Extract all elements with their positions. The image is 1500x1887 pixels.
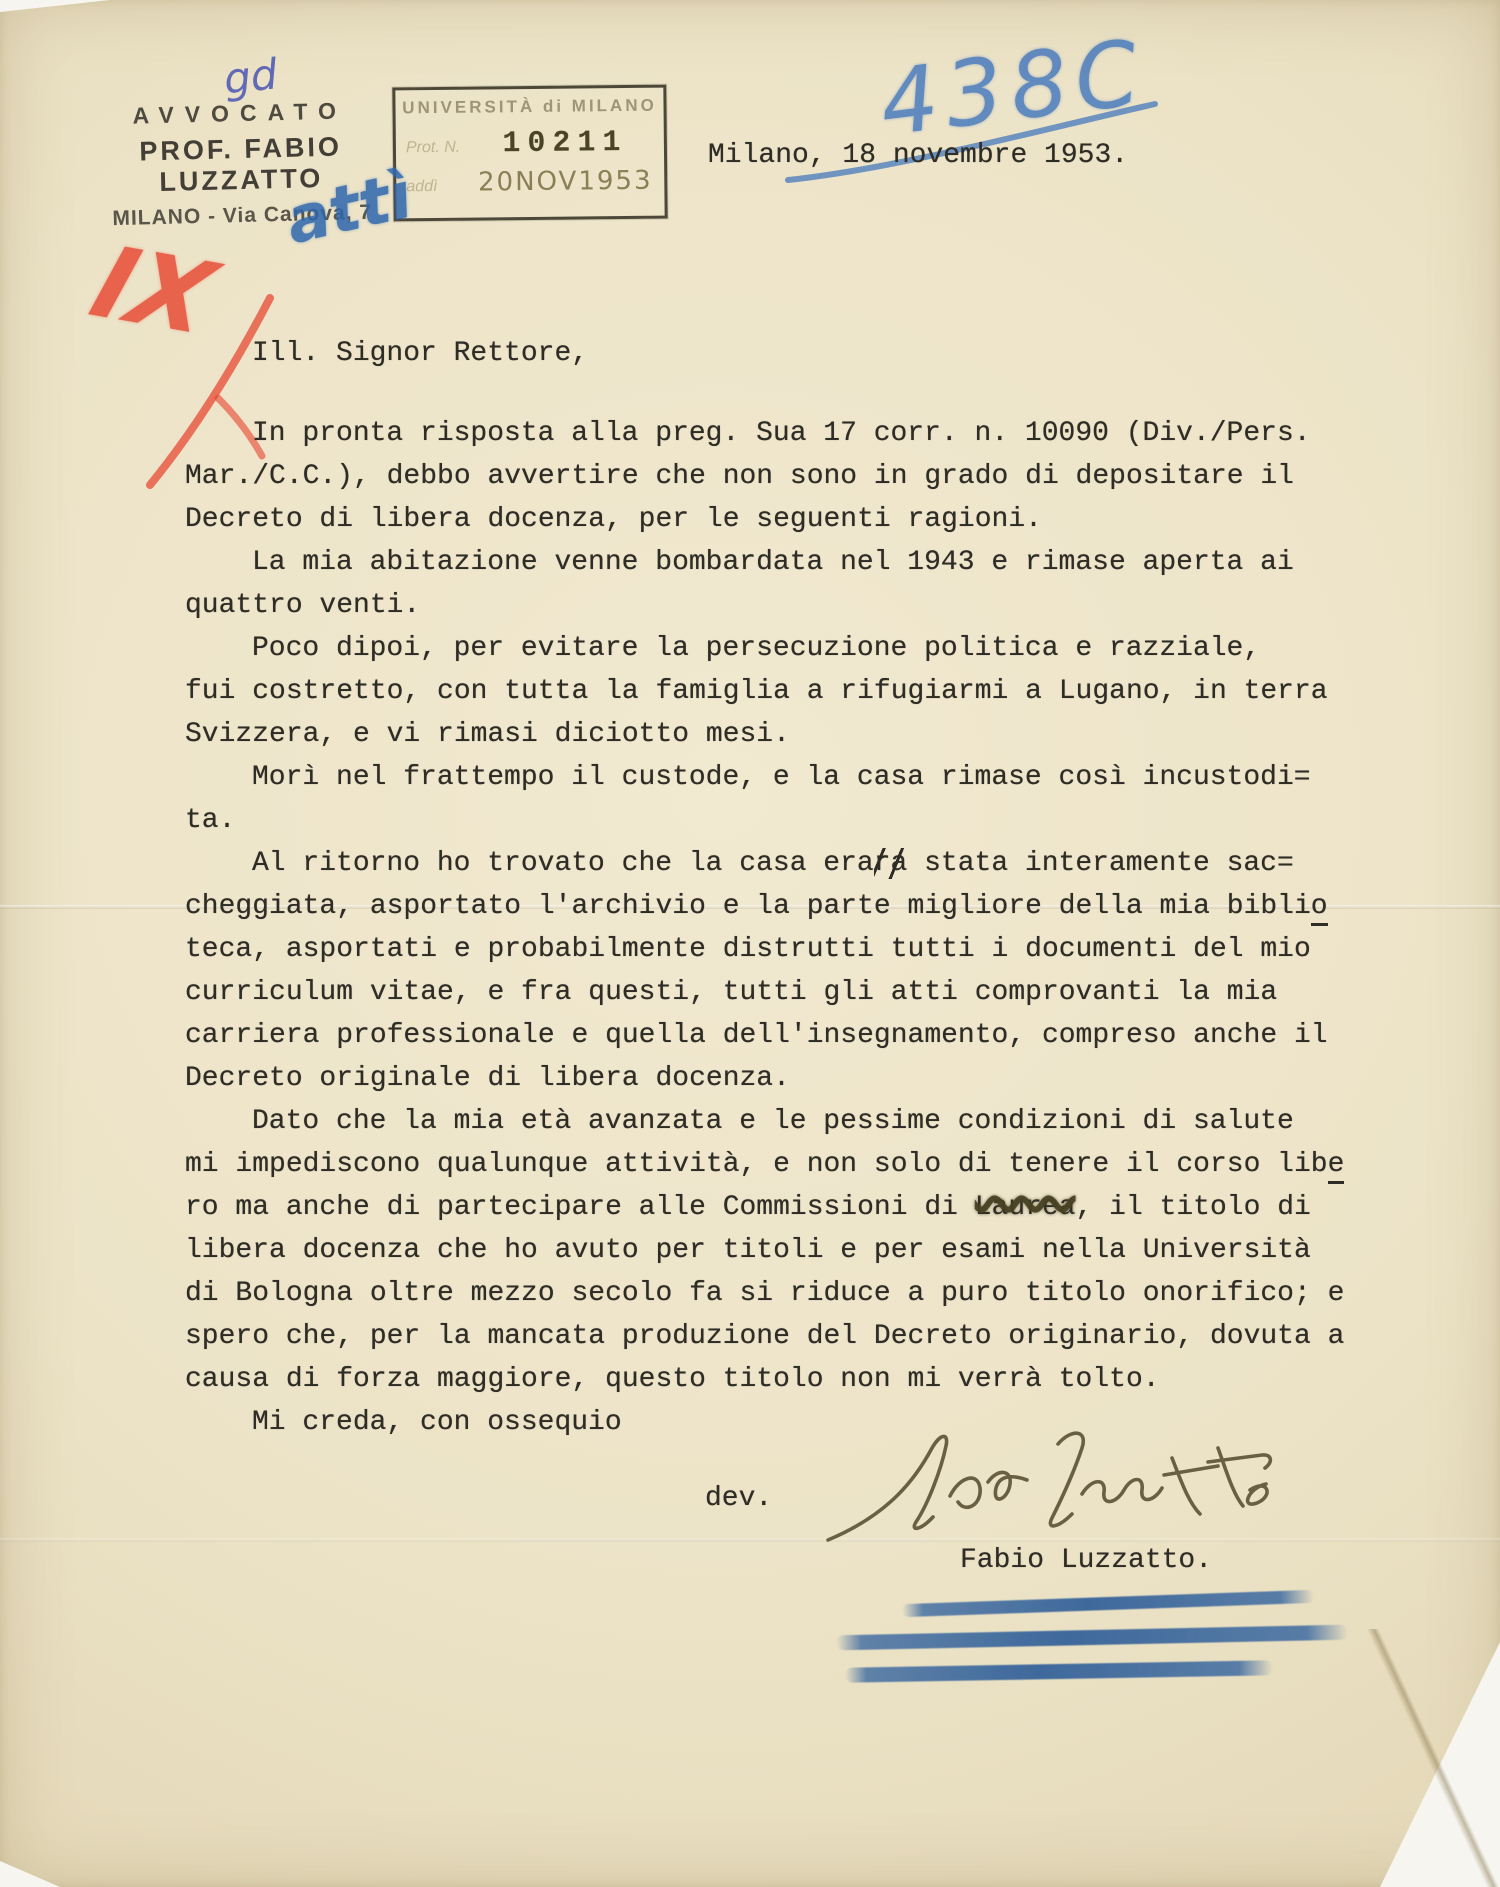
body-segment-plain: Svizzera, e vi rimasi diciotto mesi. [185,719,790,750]
body-segment-plain: di Bologna oltre mezzo secolo fa si ridu… [185,1278,1344,1309]
body-segment-plain: teca, asportati e probabilmente distrutt… [185,934,1311,965]
body-segment-strike: ra [874,848,908,879]
registry-stamp-date: 20NOV1953 [476,166,654,198]
body-segment-underline: e [1328,1149,1345,1184]
body-segment-plain: quattro venti. [185,590,420,621]
body-segment-plain: Morì nel frattempo il custode, e la casa… [252,762,1311,793]
scanned-letter: gd AVVOCATO PROF. FABIO LUZZATTO MILANO … [0,0,1500,1887]
body-segment-plain: Decreto di libera docenza, per le seguen… [185,504,1042,535]
body-segment-plain: Mi creda, con ossequio [252,1407,622,1438]
registry-stamp-addi-label: addì [406,178,476,197]
registry-stamp: UNIVERSITÀ di MILANO Prot. N. 10211 addì… [392,85,667,222]
body-line: teca, asportati e probabilmente distrutt… [185,928,1344,971]
registry-stamp-org: UNIVERSITÀ di MILANO [395,96,663,119]
registry-stamp-prot-label: Prot. N. [406,139,476,158]
body-line: quattro venti. [185,584,1344,627]
body-line: Decreto originale di libera docenza. [185,1057,1344,1100]
body-segment-plain: cheggiata, asportato l'archivio e la par… [185,891,1311,922]
body-line: libera docenza che ho avuto per titoli e… [185,1229,1344,1272]
body-segment-plain: Decreto originale di libera docenza. [185,1063,790,1094]
body-line: In pronta risposta alla preg. Sua 17 cor… [185,412,1344,455]
body-segment-plain: Al ritorno ho trovato che la casa era [252,848,874,879]
typed-signature-name: Fabio Luzzatto. [960,1545,1212,1576]
body-segment-plain: libera docenza che ho avuto per titoli e… [185,1235,1311,1266]
body-line: Poco dipoi, per evitare la persecuzione … [185,627,1344,670]
handwritten-initials: gd [222,49,280,103]
body-line: Mi creda, con ossequio [185,1401,1344,1444]
body-segment-scribble: Laurea [975,1192,1076,1223]
body-segment-plain: carriera professionale e quella dell'ins… [185,1020,1328,1051]
body-line: Decreto di libera docenza, per le seguen… [185,498,1344,541]
dateline-rest: novembre 1953. [876,140,1128,171]
registry-stamp-number: 10211 [476,126,654,162]
valediction-dev: dev. [705,1483,772,1514]
body-line: causa di forza maggiore, questo titolo n… [185,1358,1344,1401]
dateline-city: Milano, [708,140,842,171]
sender-stamp-title: AVVOCATO [94,96,385,130]
body-segment-plain: Mar./C.C.), debbo avvertire che non sono… [185,461,1294,492]
body-line: di Bologna oltre mezzo secolo fa si ridu… [185,1272,1344,1315]
body-line: Morì nel frattempo il custode, e la casa… [185,756,1344,799]
paper-crease [0,1538,1500,1542]
body-line: ro ma anche di partecipare alle Commissi… [185,1186,1344,1229]
body-line: ta. [185,799,1344,842]
salutation: Ill. Signor Rettore, [252,338,588,369]
body-segment-plain: causa di forza maggiore, questo titolo n… [185,1364,1160,1395]
body-segment-plain: Dato che la mia età avanzata e le pessim… [252,1106,1294,1137]
body-segment-plain: curriculum vitae, e fra questi, tutti gl… [185,977,1277,1008]
body-line: mi impediscono qualunque attività, e non… [185,1143,1344,1186]
body-segment-plain: ro ma anche di partecipare alle Commissi… [185,1192,975,1223]
body-line: cheggiata, asportato l'archivio e la par… [185,885,1344,928]
body-line: Mar./C.C.), debbo avvertire che non sono… [185,455,1344,498]
body-segment-plain: ta. [185,805,235,836]
body-line: Svizzera, e vi rimasi diciotto mesi. [185,713,1344,756]
body-segment-plain: In pronta risposta alla preg. Sua 17 cor… [252,418,1311,449]
body-line: fui costretto, con tutta la famiglia a r… [185,670,1344,713]
body-segment-underline: o [1311,891,1328,926]
letter-body: In pronta risposta alla preg. Sua 17 cor… [185,412,1344,1444]
body-line: spero che, per la mancata produzione del… [185,1315,1344,1358]
body-segment-plain: mi impediscono qualunque attività, e non… [185,1149,1328,1180]
body-segment-plain: spero che, per la mancata produzione del… [185,1321,1344,1352]
body-segment-plain: stata interamente sac= [907,848,1293,879]
body-line: La mia abitazione venne bombardata nel 1… [185,541,1344,584]
body-line: Dato che la mia età avanzata e le pessim… [185,1100,1344,1143]
dateline-day: 18 [842,140,876,171]
body-segment-plain: fui costretto, con tutta la famiglia a r… [185,676,1328,707]
body-line: curriculum vitae, e fra questi, tutti gl… [185,971,1344,1014]
body-line: Al ritorno ho trovato che la casa erara … [185,842,1344,885]
corner-fold-crease [1368,1629,1500,1887]
body-line: carriera professionale e quella dell'ins… [185,1014,1344,1057]
body-segment-plain: La mia abitazione venne bombardata nel 1… [252,547,1294,578]
dateline: Milano, 18 novembre 1953. [708,140,1128,171]
body-segment-plain: , il titolo di [1076,1192,1311,1223]
body-segment-plain: Poco dipoi, per evitare la persecuzione … [252,633,1260,664]
